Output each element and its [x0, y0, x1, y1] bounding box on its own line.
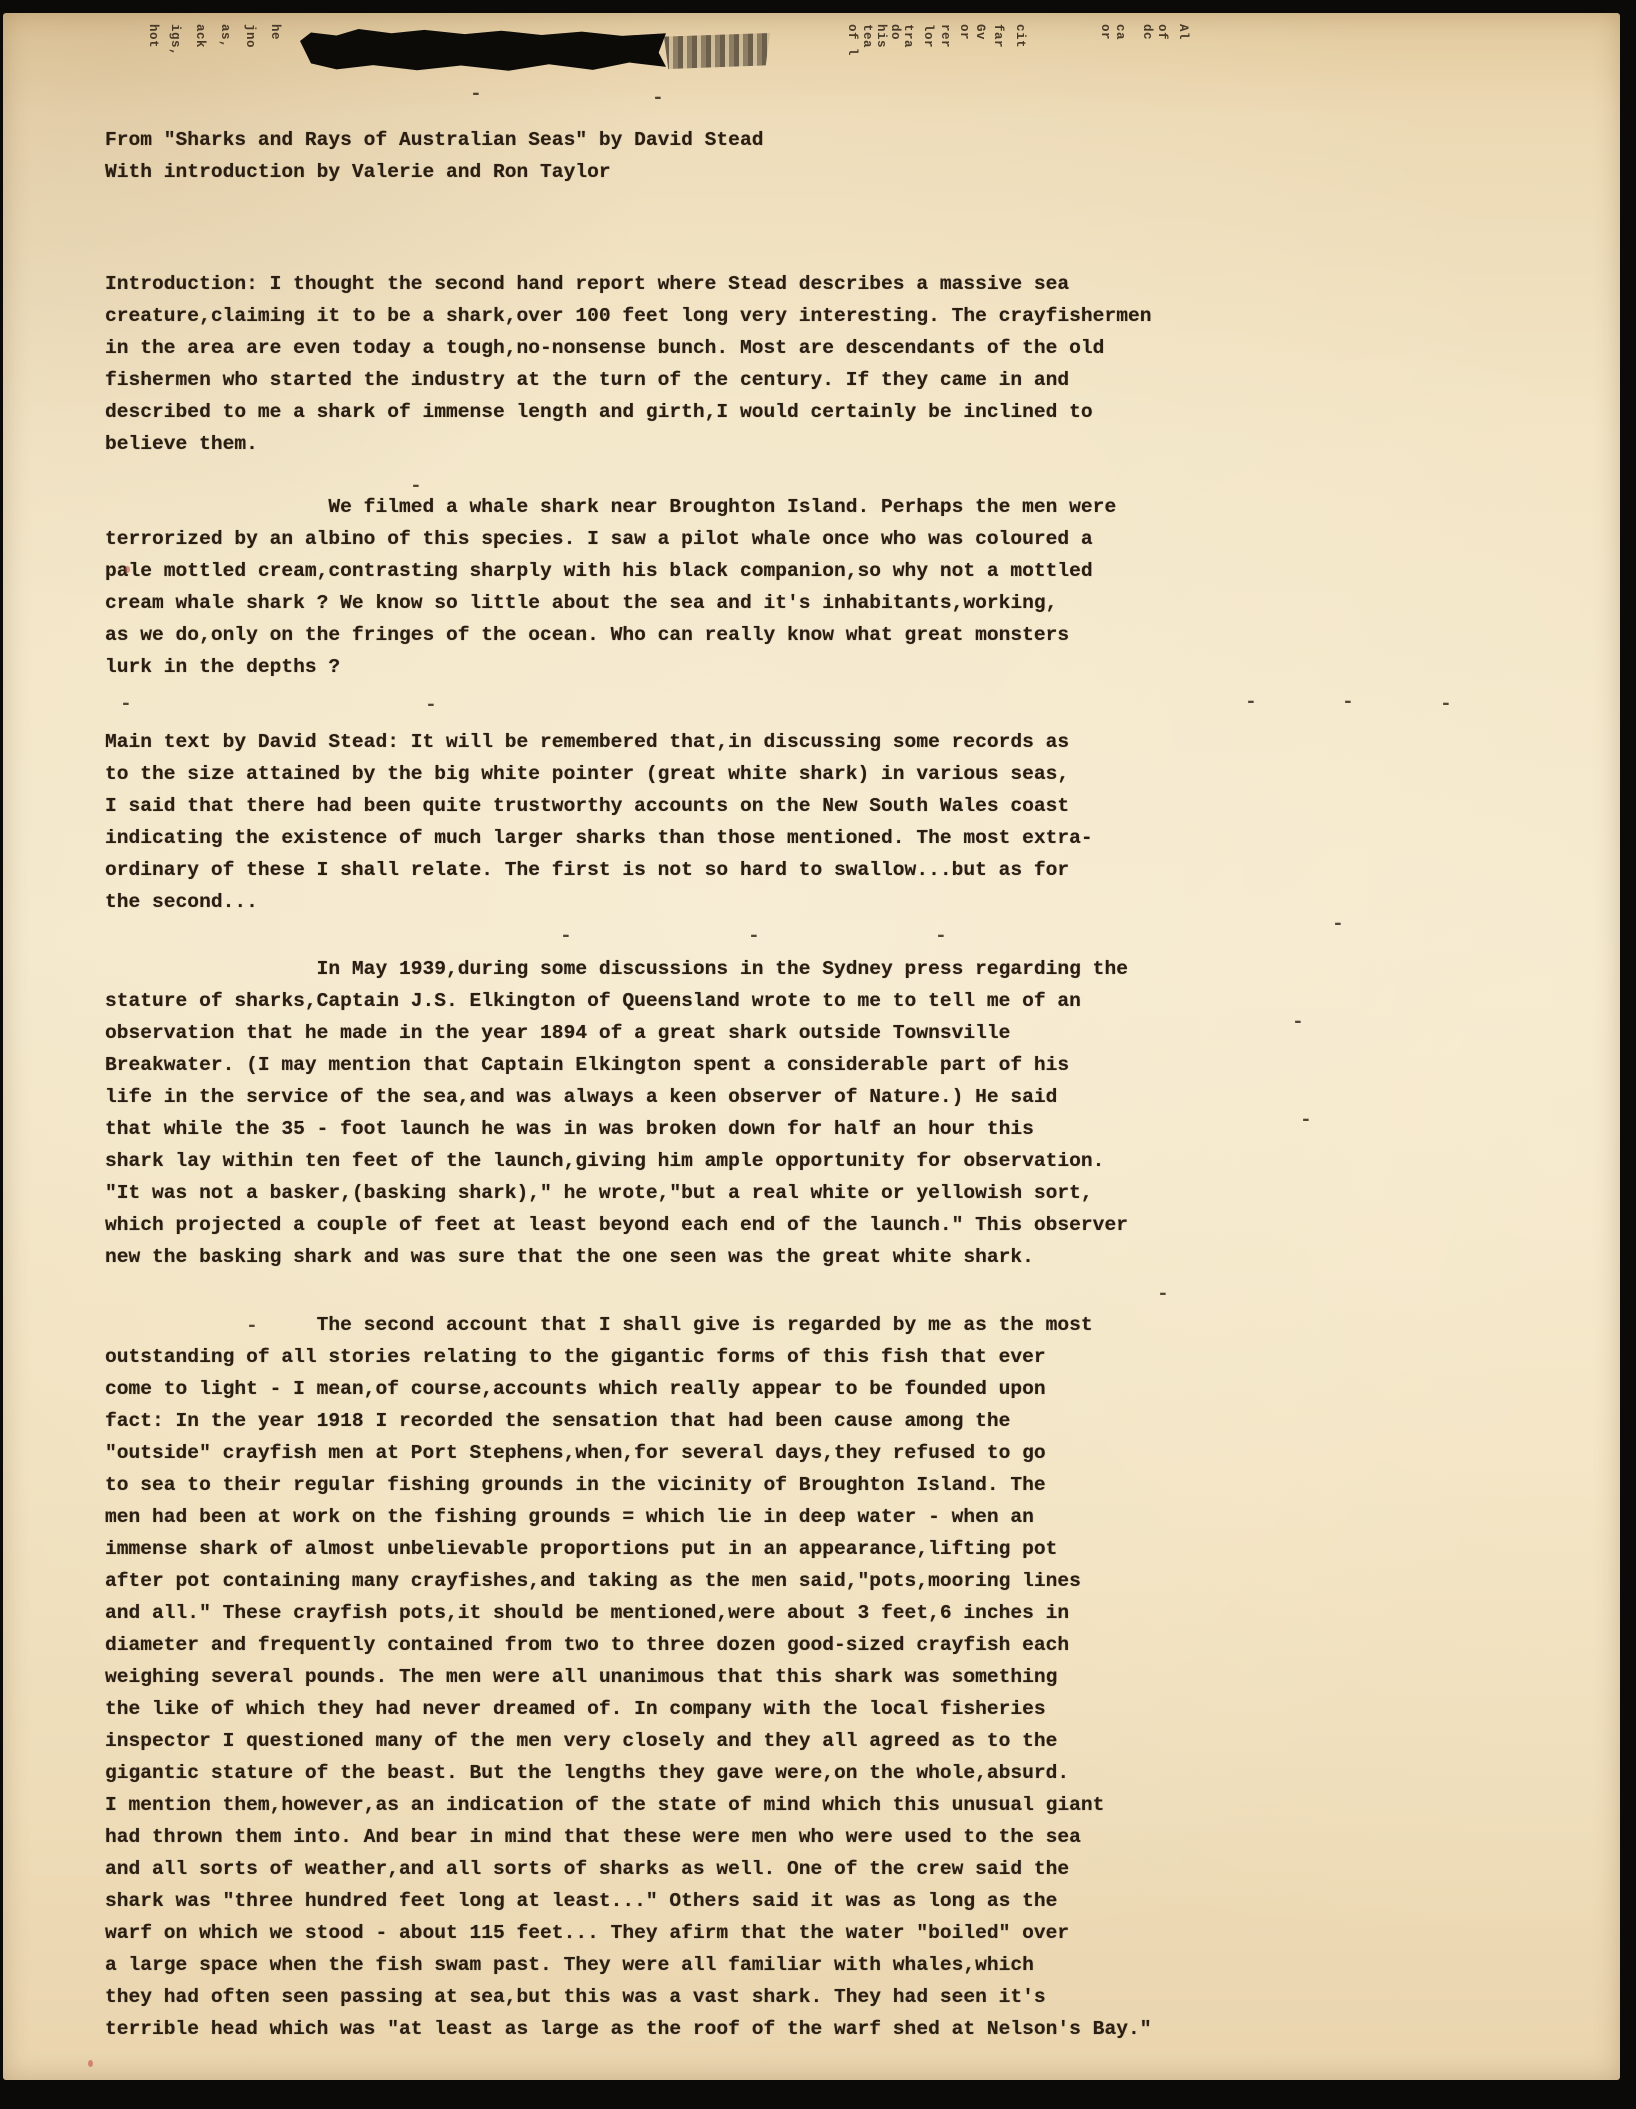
rotated-text-fragment: lor — [921, 24, 934, 80]
typewriter-dash-artifact: - — [1292, 1016, 1304, 1028]
rotated-text-fragment: ca — [1113, 24, 1126, 80]
typewriter-dash-artifact: - — [560, 930, 572, 942]
typewriter-dash-artifact: - — [935, 930, 947, 942]
rotated-text-fragment: tea — [860, 24, 873, 80]
rotated-text-fragment: or — [1098, 24, 1111, 80]
rotated-text-fragment: of — [1155, 24, 1168, 80]
typewriter-dash-artifact: - — [1342, 696, 1354, 708]
typewriter-dash-artifact: - — [1440, 698, 1452, 710]
title-line: From "Sharks and Rays of Australian Seas… — [105, 124, 763, 156]
rotated-text-fragment: far — [991, 24, 1004, 80]
paragraph-second-account: The second account that I shall give is … — [105, 1309, 1151, 2045]
rotated-text-fragment: rer — [938, 24, 951, 80]
rotated-text-fragment: his — [874, 24, 887, 80]
typewriter-dash-artifact: - — [748, 930, 760, 942]
rotated-text-fragment: of l — [845, 24, 858, 80]
rotated-text-fragment: Al — [1176, 24, 1189, 80]
credit-line: With introduction by Valerie and Ron Tay… — [105, 156, 611, 188]
typewriter-dash-artifact: - — [470, 88, 482, 100]
rotated-text-fragment: do — [888, 24, 901, 80]
rotated-text-fragment: hot — [146, 24, 159, 80]
rotated-text-fragment: ack — [193, 24, 206, 80]
paragraph-main-text: Main text by David Stead: It will be rem… — [105, 726, 1093, 918]
rotated-text-fragment: or — [957, 24, 970, 80]
typewriter-dash-artifact: - — [1300, 1114, 1312, 1126]
rotated-text-fragment: dc — [1140, 24, 1153, 80]
red-ink-speck — [88, 2060, 93, 2067]
rotated-text-fragment: Gv — [973, 24, 986, 80]
rotated-text-fragment: jno — [243, 24, 256, 80]
typewriter-dash-artifact: - — [246, 1320, 258, 1332]
overstruck-redaction-blob — [300, 29, 666, 72]
typewriter-dash-artifact: - — [1245, 696, 1257, 708]
red-ink-speck — [125, 566, 130, 573]
paragraph-may-1939: In May 1939,during some discussions in t… — [105, 953, 1128, 1273]
page-content: hot igs, ack as, jno he of l tea his do … — [0, 0, 1636, 2109]
rotated-text-fragment: he — [268, 24, 281, 80]
typewriter-dash-artifact: - — [1332, 918, 1344, 930]
typewriter-dash-artifact: - — [120, 698, 132, 710]
paragraph-whale-shark: We filmed a whale shark near Broughton I… — [105, 491, 1116, 683]
ink-blot-fade — [664, 33, 770, 69]
typewriter-dash-artifact: - — [410, 480, 422, 492]
rotated-text-fragment: tra — [901, 24, 914, 80]
typewriter-dash-artifact: - — [425, 699, 437, 711]
rotated-text-fragment: cit — [1013, 24, 1026, 80]
rotated-text-fragment: as, — [218, 24, 231, 80]
typewriter-dash-artifact: - — [652, 92, 664, 104]
typewriter-dash-artifact: - — [1157, 1288, 1169, 1300]
rotated-text-fragment: igs, — [168, 24, 181, 80]
paragraph-introduction: Introduction: I thought the second hand … — [105, 268, 1151, 460]
scanned-page-photo: hot igs, ack as, jno he of l tea his do … — [0, 0, 1636, 2109]
